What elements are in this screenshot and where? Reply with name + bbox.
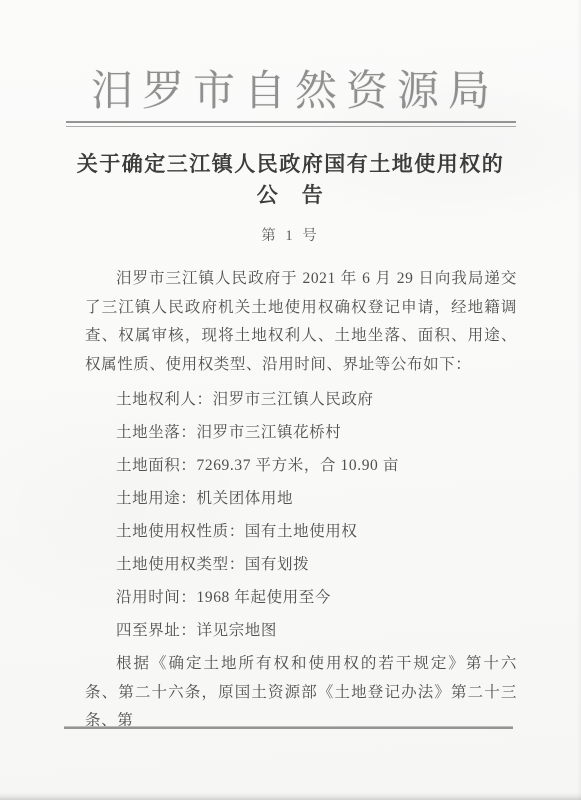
scanned-notice-page: 汨罗市自然资源局 关于确定三江镇人民政府国有土地使用权的 公 告 第 1 号 汨… (0, 0, 581, 800)
land-info-list: 土地权利人：汨罗市三江镇人民政府 土地坐落：汨罗市三江镇花桥村 土地面积：726… (85, 383, 517, 647)
land-item-right-nature: 土地使用权性质：国有土地使用权 (85, 515, 517, 548)
land-item-area: 土地面积：7269.37 平方米，合 10.90 亩 (85, 449, 517, 482)
land-item-usage: 土地用途：机关团体用地 (85, 482, 517, 515)
land-item-location: 土地坐落：汨罗市三江镇花桥村 (85, 416, 517, 449)
page-right-edge-shadow (577, 0, 581, 800)
page-bottom-edge-shadow (0, 792, 581, 800)
land-item-rights-holder: 土地权利人：汨罗市三江镇人民政府 (85, 383, 517, 416)
intro-paragraph: 汨罗市三江镇人民政府于 2021 年 6 月 29 日向我局递交了三江镇人民政府… (85, 265, 517, 379)
notice-title-line-2: 公 告 (70, 180, 511, 211)
notice-title-line-1: 关于确定三江镇人民政府国有土地使用权的 (70, 149, 511, 180)
land-item-right-type: 土地使用权类型：国有划拨 (85, 548, 517, 581)
doc-number: 第 1 号 (0, 224, 581, 245)
land-item-use-since: 沿用时间：1968 年起使用至今 (85, 581, 517, 614)
agency-divider-rule (66, 121, 516, 127)
agency-name: 汨罗市自然资源局 (0, 66, 581, 118)
notice-title: 关于确定三江镇人民政府国有土地使用权的 公 告 (70, 149, 511, 211)
closing-paragraph: 根据《确定土地所有权和使用权的若干规定》第十六条、第二十六条，原国土资源部《土地… (85, 650, 517, 736)
footer-rule (64, 726, 513, 729)
land-item-boundaries: 四至界址：详见宗地图 (85, 614, 517, 647)
